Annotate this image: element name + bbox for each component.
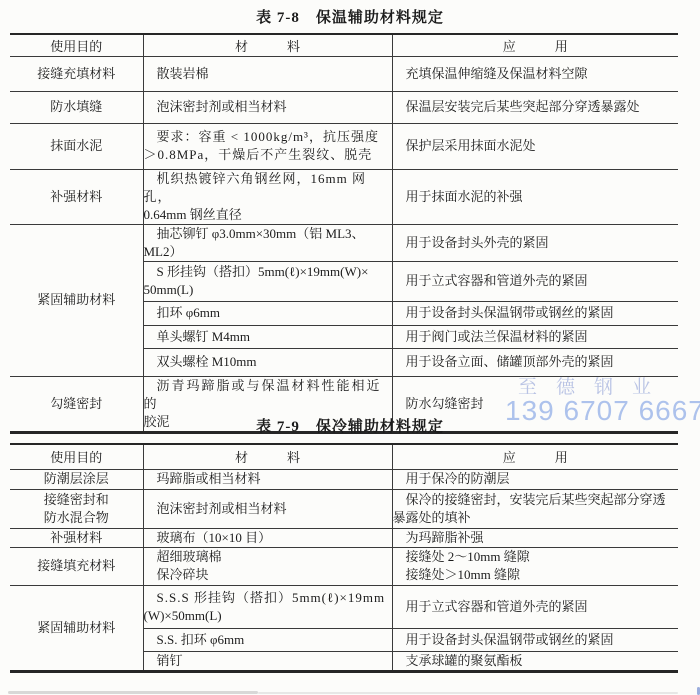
application-cell: 为玛蹄脂补强 bbox=[392, 528, 678, 547]
cell-line: 50mm(L) bbox=[144, 281, 392, 299]
application-cell: 用于保冷的防潮层 bbox=[392, 469, 678, 489]
table-7-8: 使用目的 材 料 应 用 接缝充填材料 散装岩棉 充填保温伸缩缝及保温材料空隙 … bbox=[10, 33, 678, 434]
purpose-cell: 接缝填充材料 bbox=[10, 547, 143, 585]
application-cell: 保温层安装完后某些突起部分穿透暴露处 bbox=[392, 91, 678, 123]
cell-line: 为玛蹄脂补强 bbox=[393, 529, 679, 547]
table-row: 防潮层涂层 玛蹄脂或相当材料 用于保冷的防潮层 bbox=[10, 469, 678, 489]
application-cell: 用于设备封头保温钢带或钢丝的紧固 bbox=[392, 301, 678, 325]
cell-line: 扣环 φ6mm bbox=[144, 304, 392, 322]
cell-line: 防水混合物 bbox=[10, 509, 143, 527]
table-7-9: 使用目的 材 料 应 用 防潮层涂层 玛蹄脂或相当材料 用于保冷的防潮层 接缝密… bbox=[10, 443, 678, 673]
cell-line: 补强材料 bbox=[10, 529, 143, 547]
cell-line: 接缝充填材料 bbox=[10, 65, 143, 83]
purpose-cell: 防水填缝 bbox=[10, 91, 143, 123]
cell-line: 用于设备封头外壳的紧固 bbox=[393, 234, 679, 252]
material-cell: 泡沫密封剂或相当材料 bbox=[143, 489, 392, 528]
cell-line: 0.64mm 钢丝直径 bbox=[144, 206, 392, 224]
cell-line: 保冷碎块 bbox=[144, 566, 392, 584]
material-cell: 要求：容重 < 1000kg/m³，抗压强度 ＞0.8MPa，干燥后不产生裂纹、… bbox=[143, 123, 392, 169]
table-row: 紧固辅助材料 S.S.S 形挂钩（搭扣）5mm(ℓ)×19mm (W)×50mm… bbox=[10, 585, 678, 628]
cell-line: 用于抹面水泥的补强 bbox=[393, 188, 679, 206]
cell-line: 要求：容重 < 1000kg/m³，抗压强度 bbox=[144, 128, 392, 146]
cell-line: 保冷的接缝密封，安装完后某些突起部分穿透 bbox=[393, 491, 679, 509]
header-material: 材 料 bbox=[143, 34, 392, 56]
cell-line: 接缝处 2～10mm 缝隙 bbox=[393, 548, 679, 566]
table-row: 补强材料 玻璃布（10×10 目） 为玛蹄脂补强 bbox=[10, 528, 678, 547]
cell-line: (W)×50mm(L) bbox=[144, 607, 392, 625]
purpose-cell-group: 紧固辅助材料 bbox=[10, 585, 143, 671]
application-cell: 用于立式容器和管道外壳的紧固 bbox=[392, 261, 678, 301]
cell-line: 单头螺钉 M4mm bbox=[144, 328, 392, 346]
cell-line: 双头螺栓 M10mm bbox=[144, 353, 392, 371]
cell-line: 接缝处＞10mm 缝隙 bbox=[393, 566, 679, 584]
material-cell: 玛蹄脂或相当材料 bbox=[143, 469, 392, 489]
table-row: 接缝填充材料 超细玻璃棉 保冷碎块 接缝处 2～10mm 缝隙 接缝处＞10mm… bbox=[10, 547, 678, 585]
cell-line: 保护层采用抹面水泥处 bbox=[393, 137, 679, 155]
table-row: 接缝充填材料 散装岩棉 充填保温伸缩缝及保温材料空隙 bbox=[10, 56, 678, 91]
cell-line: 防潮层涂层 bbox=[10, 470, 143, 488]
application-cell: 保冷的接缝密封，安装完后某些突起部分穿透 暴露处的填补 bbox=[392, 489, 678, 528]
material-cell: 单头螺钉 M4mm bbox=[143, 325, 392, 348]
cell-line: 超细玻璃棉 bbox=[144, 548, 392, 566]
cell-line: 补强材料 bbox=[10, 188, 143, 206]
cell-line: 接缝密封和 bbox=[10, 491, 143, 509]
table-row: 紧固辅助材料 抽芯铆钉 φ3.0mm×30mm（铝 ML3、 ML2） 用于设备… bbox=[10, 224, 678, 261]
cell-line: 用于设备立面、储罐顶部外壳的紧固 bbox=[393, 353, 679, 371]
material-cell: 玻璃布（10×10 目） bbox=[143, 528, 392, 547]
scanned-document-page: 至德钢业 139 6707 6667 表 7-8 保温辅助材料规定 使用目的 材… bbox=[0, 0, 700, 695]
material-cell: S.S.S 形挂钩（搭扣）5mm(ℓ)×19mm (W)×50mm(L) bbox=[143, 585, 392, 628]
cell-line: 紧固辅助材料 bbox=[10, 291, 143, 309]
cell-line: 用于立式容器和管道外壳的紧固 bbox=[393, 598, 679, 616]
cell-line: 抽芯铆钉 φ3.0mm×30mm（铝 ML3、 bbox=[144, 225, 392, 243]
table-row: 抹面水泥 要求：容重 < 1000kg/m³，抗压强度 ＞0.8MPa，干燥后不… bbox=[10, 123, 678, 169]
header-application: 应 用 bbox=[392, 444, 678, 469]
cell-line: 充填保温伸缩缝及保温材料空隙 bbox=[393, 65, 679, 83]
material-cell: 散装岩棉 bbox=[143, 56, 392, 91]
cell-line: 支承球罐的聚氨酯板 bbox=[393, 652, 679, 670]
cell-line: 玛蹄脂或相当材料 bbox=[144, 470, 392, 488]
cell-line: ML2） bbox=[144, 243, 392, 261]
cell-line: S.S.S 形挂钩（搭扣）5mm(ℓ)×19mm bbox=[144, 589, 392, 607]
application-cell: 支承球罐的聚氨酯板 bbox=[392, 651, 678, 671]
cell-line: 接缝填充材料 bbox=[10, 557, 143, 575]
cell-line: 防水填缝 bbox=[10, 98, 143, 116]
material-cell: 超细玻璃棉 保冷碎块 bbox=[143, 547, 392, 585]
cell-line: 防水勾缝密封 bbox=[393, 395, 679, 413]
material-cell: 泡沫密封剂或相当材料 bbox=[143, 91, 392, 123]
purpose-cell: 补强材料 bbox=[10, 528, 143, 547]
cell-line: 机织热镀锌六角钢丝网，16mm 网孔， bbox=[144, 170, 392, 206]
header-application: 应 用 bbox=[392, 34, 678, 56]
purpose-cell: 接缝充填材料 bbox=[10, 56, 143, 91]
cell-line: 抹面水泥 bbox=[10, 137, 143, 155]
cell-line: S.S. 扣环 φ6mm bbox=[144, 631, 392, 649]
table-7-9-caption: 表 7-9 保冷辅助材料规定 bbox=[0, 415, 700, 436]
header-purpose: 使用目的 bbox=[10, 444, 143, 469]
cell-line: 用于保冷的防潮层 bbox=[393, 470, 679, 488]
application-cell: 用于设备封头外壳的紧固 bbox=[392, 224, 678, 261]
cell-line: 用于立式容器和管道外壳的紧固 bbox=[393, 272, 679, 290]
application-cell: 用于立式容器和管道外壳的紧固 bbox=[392, 585, 678, 628]
application-cell: 保护层采用抹面水泥处 bbox=[392, 123, 678, 169]
scan-smudge bbox=[258, 692, 678, 694]
cell-line: 泡沫密封剂或相当材料 bbox=[144, 500, 392, 518]
cell-line: 泡沫密封剂或相当材料 bbox=[144, 98, 392, 116]
application-cell: 用于阀门或法兰保温材料的紧固 bbox=[392, 325, 678, 348]
material-cell: S.S. 扣环 φ6mm bbox=[143, 628, 392, 651]
application-cell: 充填保温伸缩缝及保温材料空隙 bbox=[392, 56, 678, 91]
header-material: 材 料 bbox=[143, 444, 392, 469]
purpose-cell: 补强材料 bbox=[10, 169, 143, 224]
application-cell: 用于抹面水泥的补强 bbox=[392, 169, 678, 224]
material-cell: 机织热镀锌六角钢丝网，16mm 网孔， 0.64mm 钢丝直径 bbox=[143, 169, 392, 224]
cell-line: S 形挂钩（搭扣）5mm(ℓ)×19mm(W)× bbox=[144, 263, 392, 281]
cell-line: 用于设备封头保温钢带或钢丝的紧固 bbox=[393, 631, 679, 649]
cell-line: 暴露处的填补 bbox=[393, 509, 679, 527]
material-cell: 销钉 bbox=[143, 651, 392, 671]
cell-line: 保温层安装完后某些突起部分穿透暴露处 bbox=[393, 98, 679, 116]
purpose-cell: 接缝密封和 防水混合物 bbox=[10, 489, 143, 528]
cell-line: 散装岩棉 bbox=[144, 65, 392, 83]
cell-line: 销钉 bbox=[144, 652, 392, 670]
purpose-cell: 防潮层涂层 bbox=[10, 469, 143, 489]
cell-line: 玻璃布（10×10 目） bbox=[144, 529, 392, 547]
cell-line: 紧固辅助材料 bbox=[10, 619, 143, 637]
purpose-cell: 抹面水泥 bbox=[10, 123, 143, 169]
table-row: 接缝密封和 防水混合物 泡沫密封剂或相当材料 保冷的接缝密封，安装完后某些突起部… bbox=[10, 489, 678, 528]
application-cell: 用于设备立面、储罐顶部外壳的紧固 bbox=[392, 348, 678, 376]
material-cell: 抽芯铆钉 φ3.0mm×30mm（铝 ML3、 ML2） bbox=[143, 224, 392, 261]
application-cell: 接缝处 2～10mm 缝隙 接缝处＞10mm 缝隙 bbox=[392, 547, 678, 585]
header-row: 使用目的 材 料 应 用 bbox=[10, 444, 678, 469]
cell-line: ＞0.8MPa，干燥后不产生裂纹、脱壳 bbox=[144, 146, 392, 164]
cell-line: 沥青玛蹄脂或与保温材料性能相近的 bbox=[144, 377, 392, 413]
table-row: 补强材料 机织热镀锌六角钢丝网，16mm 网孔， 0.64mm 钢丝直径 用于抹… bbox=[10, 169, 678, 224]
cell-line: 勾缝密封 bbox=[10, 395, 143, 413]
scan-smudge bbox=[8, 691, 258, 694]
table-7-8-caption: 表 7-8 保温辅助材料规定 bbox=[0, 6, 700, 27]
material-cell: S 形挂钩（搭扣）5mm(ℓ)×19mm(W)× 50mm(L) bbox=[143, 261, 392, 301]
table-row: 防水填缝 泡沫密封剂或相当材料 保温层安装完后某些突起部分穿透暴露处 bbox=[10, 91, 678, 123]
purpose-cell-group: 紧固辅助材料 bbox=[10, 224, 143, 376]
header-purpose: 使用目的 bbox=[10, 34, 143, 56]
cell-line: 用于阀门或法兰保温材料的紧固 bbox=[393, 328, 679, 346]
header-row: 使用目的 材 料 应 用 bbox=[10, 34, 678, 56]
application-cell: 用于设备封头保温钢带或钢丝的紧固 bbox=[392, 628, 678, 651]
cell-line: 用于设备封头保温钢带或钢丝的紧固 bbox=[393, 304, 679, 322]
material-cell: 双头螺栓 M10mm bbox=[143, 348, 392, 376]
material-cell: 扣环 φ6mm bbox=[143, 301, 392, 325]
